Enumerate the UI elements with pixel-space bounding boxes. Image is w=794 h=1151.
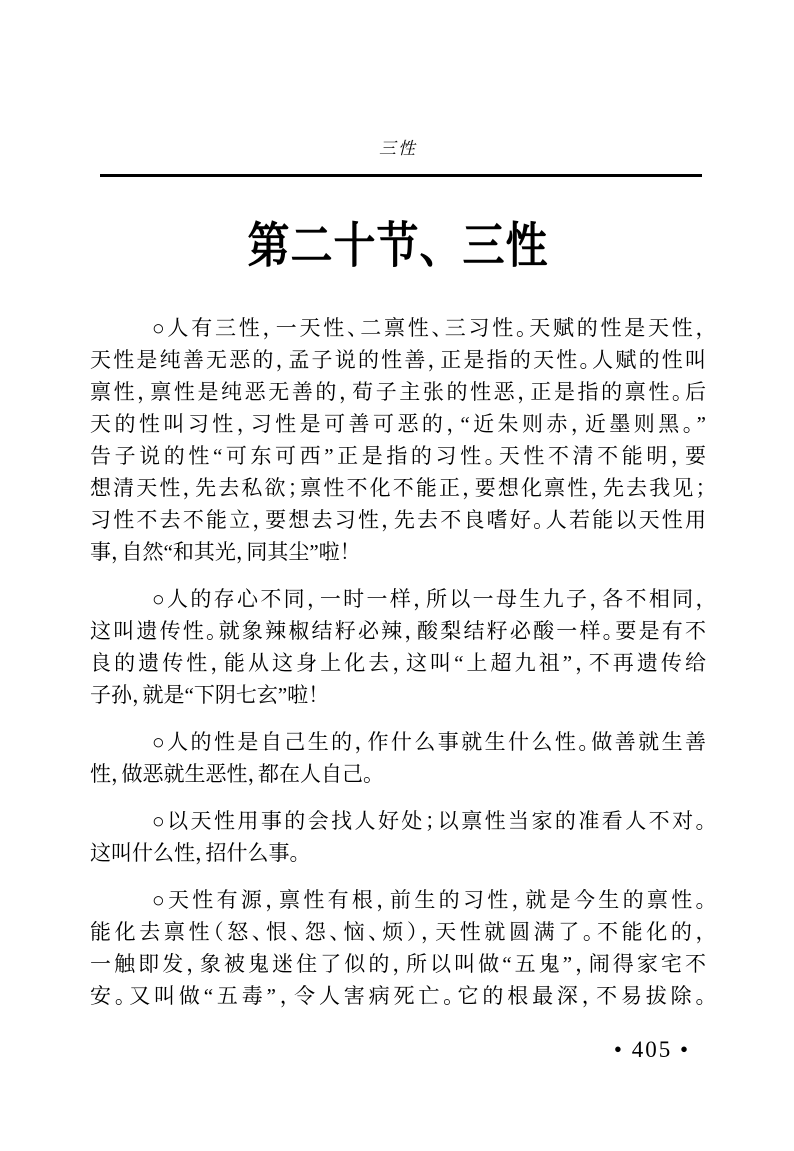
text-line: 习性不去不能立，要想去习性，先去不良嗜好。人若能以天性用 xyxy=(90,504,706,536)
text-line: 告子说的性“可东可西”正是指的习性。天性不清不能明，要 xyxy=(90,440,706,472)
text-line: ○人的性是自己生的，作什么事就生什么性。做善就生善 xyxy=(90,726,706,758)
paragraph-2: ○人的存心不同，一时一样，所以一母生九子，各不相同， 这叫遗传性。就象辣椒结籽必… xyxy=(90,583,706,711)
text-line: 良的遗传性，能从这身上化去，这叫“上超九祖”，不再遗传给 xyxy=(90,647,706,679)
text-line: 一触即发，象被鬼迷住了似的，所以叫做“五鬼”，闹得家宅不 xyxy=(90,948,706,980)
running-header: 三性 xyxy=(90,138,706,160)
header-rule-divider xyxy=(100,174,702,177)
text-line: 天性是纯善无恶的，孟子说的性善，正是指的天性。人赋的性叫 xyxy=(90,344,706,376)
section-title-text: 第二十节、三性 xyxy=(247,216,548,276)
text-line: ○人有三性，一天性、二禀性、三习性。天赋的性是天性， xyxy=(90,312,706,344)
paragraph-3: ○人的性是自己生的，作什么事就生什么性。做善就生善 性，做恶就生恶性，都在人自己… xyxy=(90,726,706,790)
text-line: ○人的存心不同，一时一样，所以一母生九子，各不相同， xyxy=(90,583,706,615)
page-number: • 405 • xyxy=(614,1036,690,1064)
text-line: ○天性有源，禀性有根，前生的习性，就是今生的禀性。 xyxy=(90,884,706,916)
paragraph-1: ○人有三性，一天性、二禀性、三习性。天赋的性是天性， 天性是纯善无恶的，孟子说的… xyxy=(90,312,706,568)
text-line: 性，做恶就生恶性，都在人自己。 xyxy=(90,758,706,790)
text-line: 这叫什么性，招什么事。 xyxy=(90,837,706,869)
text-line: 这叫遗传性。就象辣椒结籽必辣，酸梨结籽必酸一样。要是有不 xyxy=(90,615,706,647)
paragraph-5: ○天性有源，禀性有根，前生的习性，就是今生的禀性。 能化去禀性（怒、恨、怨、恼、… xyxy=(90,884,706,1012)
text-line: 安。又叫做“五毒”，令人害病死亡。它的根最深，不易拔除。 xyxy=(90,980,706,1012)
text-line: 子孙，就是“下阴七玄”啦！ xyxy=(90,679,706,711)
book-page: 三性 第二十节、三性 ○人有三性，一天性、二禀性、三习性。天赋的性是天性， 天性… xyxy=(0,0,794,1151)
paragraph-4: ○以天性用事的会找人好处；以禀性当家的准看人不对。 这叫什么性，招什么事。 xyxy=(90,805,706,869)
text-line: 天的性叫习性，习性是可善可恶的，“近朱则赤，近墨则黑。” xyxy=(90,408,706,440)
text-line: 能化去禀性（怒、恨、怨、恼、烦），天性就圆满了。不能化的， xyxy=(90,916,706,948)
body-text: ○人有三性，一天性、二禀性、三习性。天赋的性是天性， 天性是纯善无恶的，孟子说的… xyxy=(90,312,706,1027)
text-line: 想清天性，先去私欲；禀性不化不能正，要想化禀性，先去我见； xyxy=(90,472,706,504)
text-line: 事，自然“和其光，同其尘”啦！ xyxy=(90,536,706,568)
text-line: ○以天性用事的会找人好处；以禀性当家的准看人不对。 xyxy=(90,805,706,837)
section-title: 第二十节、三性 xyxy=(90,220,706,272)
text-line: 禀性，禀性是纯恶无善的，荀子主张的性恶，正是指的禀性。后 xyxy=(90,376,706,408)
